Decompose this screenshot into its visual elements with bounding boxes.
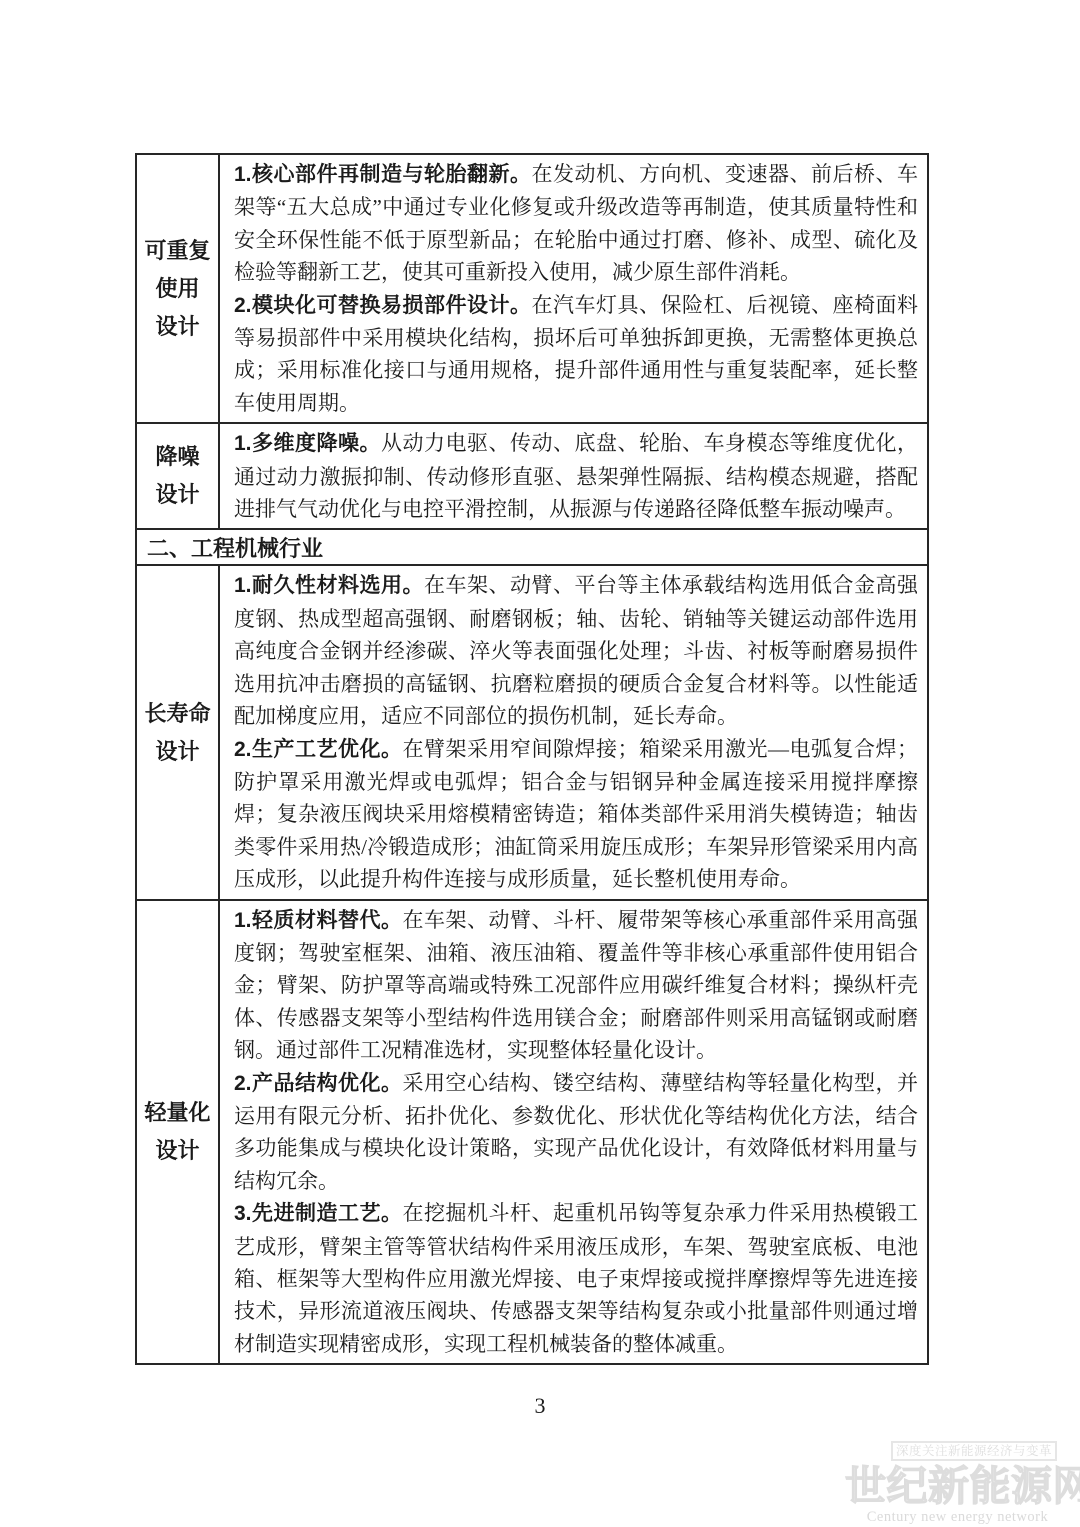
table-row-long-life-design: 长寿命 设计 1.耐久性材料选用。在车架、动臂、平台等主体承载结构选用低合金高强…: [137, 566, 927, 900]
paragraph-lead: 2.产品结构优化。: [234, 1072, 403, 1095]
section-header-engineering-machinery: 二、工程机械行业: [137, 530, 927, 566]
row-label-long-life-design: 长寿命 设计: [137, 566, 220, 898]
paragraph: 1.轻质材料替代。在车架、动臂、斗杆、履带架等核心承重部件采用高强度钢；驾驶室框…: [234, 904, 918, 1067]
paragraph: 1.耐久性材料选用。在车架、动臂、平台等主体承载结构选用低合金高强度钢、热成型超…: [234, 569, 918, 732]
paragraph-lead: 1.核心部件再制造与轮胎翻新。: [234, 163, 532, 186]
paragraph-lead: 2.生产工艺优化。: [234, 738, 403, 761]
row-content-lightweight-design: 1.轻质材料替代。在车架、动臂、斗杆、履带架等核心承重部件采用高强度钢；驾驶室框…: [220, 901, 927, 1364]
table-row-lightweight-design: 轻量化 设计 1.轻质材料替代。在车架、动臂、斗杆、履带架等核心承重部件采用高强…: [137, 901, 927, 1364]
paragraph: 2.产品结构优化。采用空心结构、镂空结构、薄壁结构等轻量化构型，并运用有限元分析…: [234, 1067, 918, 1198]
page-number: 3: [0, 1393, 1080, 1419]
paragraph: 2.模块化可替换易损部件设计。在汽车灯具、保险杠、后视镜、座椅面料等易损部件中采…: [234, 289, 918, 420]
watermark-title: 世纪新能源网: [845, 1463, 1080, 1509]
row-label-lightweight-design: 轻量化 设计: [137, 901, 220, 1364]
paragraph-lead: 1.耐久性材料选用。: [234, 574, 424, 597]
watermark-logo: 深度关注新能源经济与变革 世纪新能源网 Century new energy n…: [845, 1441, 1080, 1526]
design-measures-table: 可重复 使用 设计 1.核心部件再制造与轮胎翻新。在发动机、方向机、变速器、前后…: [135, 153, 929, 1365]
paragraph-lead: 3.先进制造工艺。: [234, 1202, 403, 1225]
paragraph: 3.先进制造工艺。在挖掘机斗杆、起重机吊钩等复杂承力件采用热模锻工艺成形，臂架主…: [234, 1197, 918, 1360]
row-content-long-life-design: 1.耐久性材料选用。在车架、动臂、平台等主体承载结构选用低合金高强度钢、热成型超…: [220, 566, 927, 898]
row-label-reusable-design: 可重复 使用 设计: [137, 155, 220, 422]
row-content-noise-reduction-design: 1.多维度降噪。从动力电驱、传动、底盘、轮胎、车身模态等维度优化，通过动力激振抑…: [220, 424, 927, 528]
watermark-tagline: 深度关注新能源经济与变革: [891, 1441, 1057, 1461]
paragraph: 2.生产工艺优化。在臂架采用窄间隙焊接；箱梁采用激光—电弧复合焊；防护罩采用激光…: [234, 733, 918, 896]
table-row-noise-reduction-design: 降噪 设计 1.多维度降噪。从动力电驱、传动、底盘、轮胎、车身模态等维度优化，通…: [137, 424, 927, 530]
paragraph-lead: 1.多维度降噪。: [234, 432, 381, 455]
table-row-reusable-design: 可重复 使用 设计 1.核心部件再制造与轮胎翻新。在发动机、方向机、变速器、前后…: [137, 155, 927, 424]
row-content-reusable-design: 1.核心部件再制造与轮胎翻新。在发动机、方向机、变速器、前后桥、车架等“五大总成…: [220, 155, 927, 422]
paragraph-lead: 1.轻质材料替代。: [234, 909, 403, 932]
watermark-subtitle: Century new energy network: [845, 1509, 1070, 1526]
paragraph: 1.核心部件再制造与轮胎翻新。在发动机、方向机、变速器、前后桥、车架等“五大总成…: [234, 158, 918, 289]
paragraph-lead: 2.模块化可替换易损部件设计。: [234, 294, 532, 317]
row-label-noise-reduction-design: 降噪 设计: [137, 424, 220, 528]
paragraph: 1.多维度降噪。从动力电驱、传动、底盘、轮胎、车身模态等维度优化，通过动力激振抑…: [234, 427, 918, 525]
